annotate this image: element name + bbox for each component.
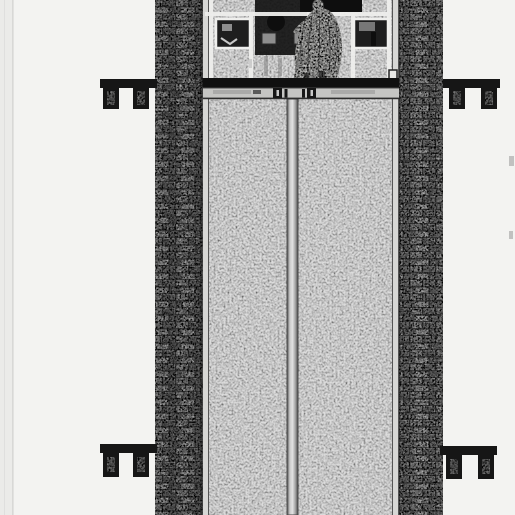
car-floor-beam: [196, 78, 402, 87]
elevator-shaft-pit: [209, 97, 392, 515]
car-panel-right: [354, 19, 388, 48]
car-floor-assembly: [196, 78, 402, 99]
edge-mark-upper: [509, 156, 514, 166]
guide-rail-left: [202, 0, 209, 515]
edge-mark-lower: [509, 231, 513, 239]
page-edge: [0, 0, 14, 515]
engraving-page: [0, 0, 515, 515]
right-brick-wall: [399, 0, 443, 515]
sill-mark-left: [273, 88, 288, 98]
sill-mark-right: [302, 88, 316, 98]
left-brick-wall: [155, 0, 203, 515]
elevator-engraving-svg: [0, 0, 515, 515]
car-panel-left: [216, 19, 250, 48]
plunger-ram: [287, 99, 298, 515]
